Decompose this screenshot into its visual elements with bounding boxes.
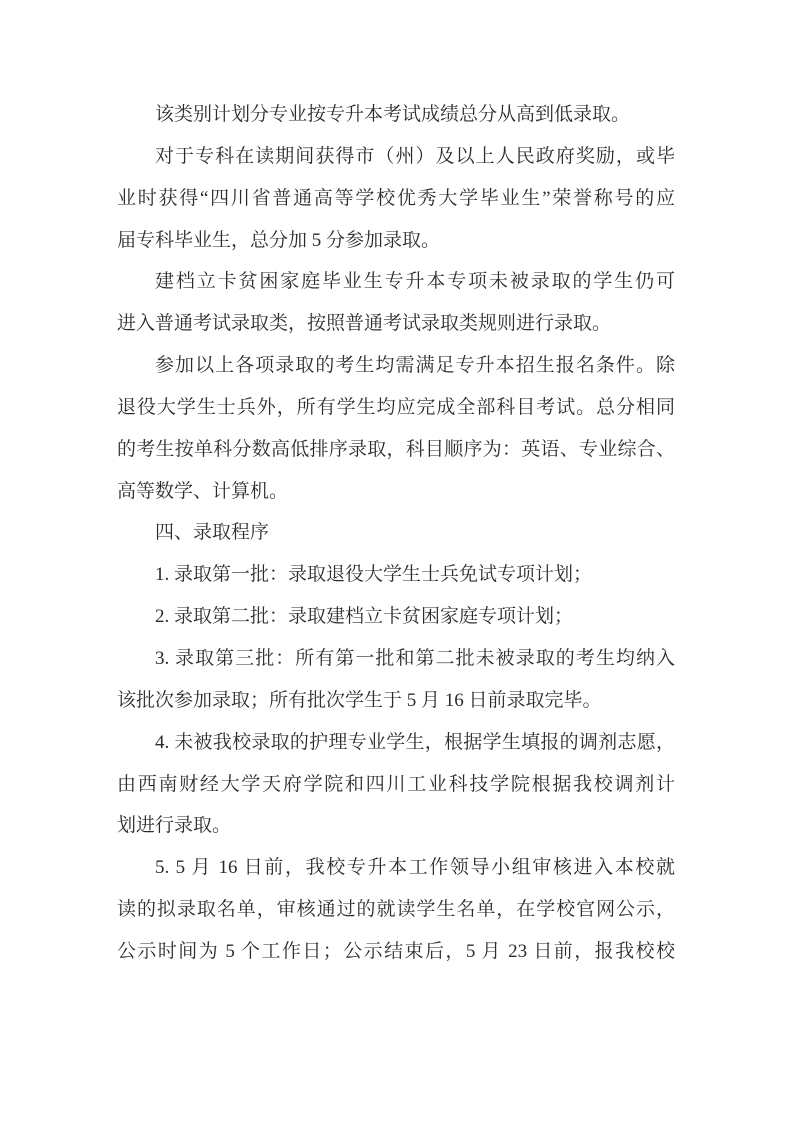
list-item: 5. 5 月 16 日前，我校专升本工作领导小组审核进入本校就 (117, 847, 675, 889)
text-line: 届专科毕业生，总分加 5 分参加录取。 (117, 220, 675, 262)
text-line: 读的拟录取名单，审核通过的就读学生名单，在学校官网公示， (117, 889, 675, 931)
text-line: 参加以上各项录取的考生均需满足专升本招生报名条件。除 (117, 345, 675, 387)
text-line: 业时获得“四川省普通高等学校优秀大学毕业生”荣誉称号的应 (117, 178, 675, 220)
text-line: 由西南财经大学天府学院和四川工业科技学院根据我校调剂计 (117, 764, 675, 806)
text-line: 高等数学、计算机。 (117, 471, 675, 513)
section-heading: 四、录取程序 (117, 512, 675, 554)
text-line: 进入普通考试录取类，按照普通考试录取类规则进行录取。 (117, 303, 675, 345)
text-line: 建档立卡贫困家庭毕业生专升本专项未被录取的学生仍可 (117, 261, 675, 303)
list-item: 4. 未被我校录取的护理专业学生，根据学生填报的调剂志愿， (117, 722, 675, 764)
text-line: 对于专科在读期间获得市（州）及以上人民政府奖励，或毕 (117, 136, 675, 178)
text-line: 该批次参加录取；所有批次学生于 5 月 16 日前录取完毕。 (117, 680, 675, 722)
text-line: 划进行录取。 (117, 805, 675, 847)
text-line: 公示时间为 5 个工作日；公示结束后，5 月 23 日前，报我校校 (117, 931, 675, 973)
document-text-block: 该类别计划分专业按专升本考试成绩总分从高到低录取。 对于专科在读期间获得市（州）… (117, 94, 675, 973)
list-item: 3. 录取第三批：所有第一批和第二批未被录取的考生均纳入 (117, 638, 675, 680)
document-page: 该类别计划分专业按专升本考试成绩总分从高到低录取。 对于专科在读期间获得市（州）… (0, 0, 793, 1122)
text-line: 的考生按单科分数高低排序录取，科目顺序为：英语、专业综合、 (117, 429, 675, 471)
text-line: 退役大学生士兵外，所有学生均应完成全部科目考试。总分相同 (117, 387, 675, 429)
text-line: 该类别计划分专业按专升本考试成绩总分从高到低录取。 (117, 94, 675, 136)
list-item: 1. 录取第一批：录取退役大学生士兵免试专项计划； (117, 554, 675, 596)
list-item: 2. 录取第二批：录取建档立卡贫困家庭专项计划； (117, 596, 675, 638)
